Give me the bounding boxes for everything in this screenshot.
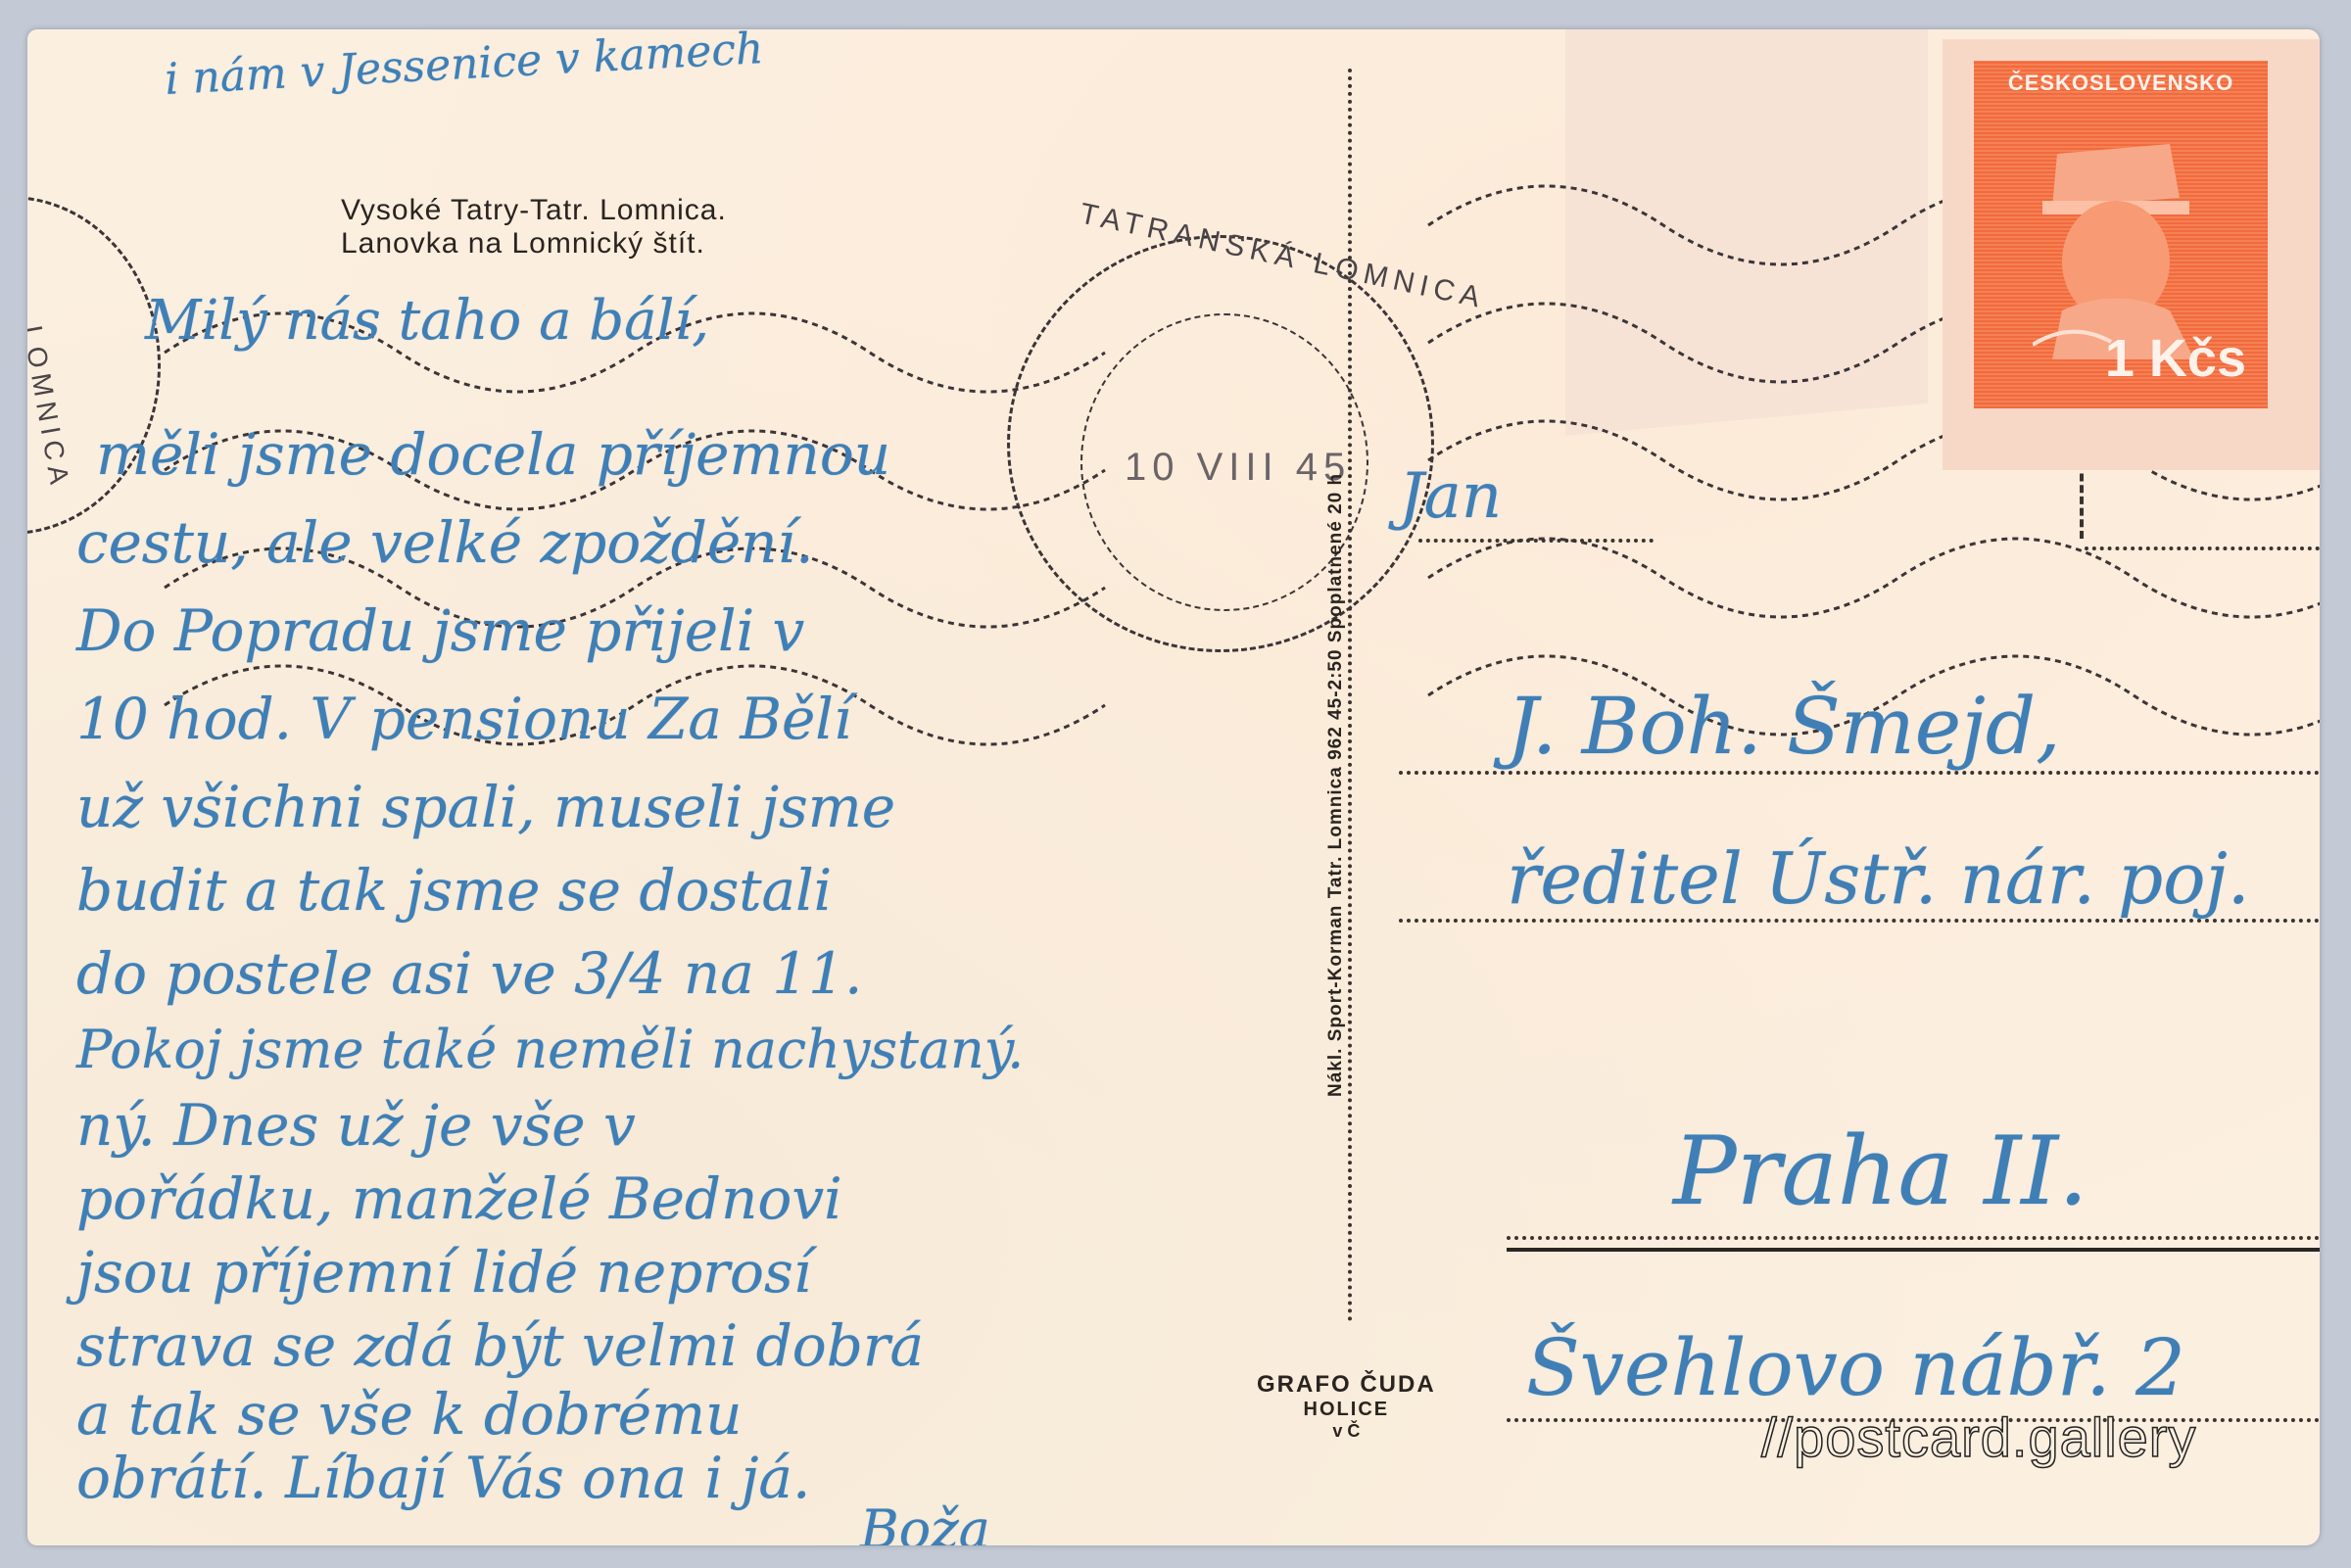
message-line-8: do postele asi ve 3/4 na 11. <box>76 940 862 1007</box>
message-line-5: 10 hod. V pensionu Za Bělí <box>76 686 851 752</box>
site-watermark: //postcard.gallery <box>1761 1405 2196 1469</box>
message-line-4: Do Popradu jsme přijeli v <box>76 597 804 664</box>
address-line2-text: ředitel Ústř. nár. poj. <box>1507 837 2250 920</box>
message-line-7: budit a tak jsme se dostali <box>76 857 832 924</box>
address-line3-text: Praha II. <box>1673 1117 2088 1226</box>
message-line-2: měli jsme docela příjemnou <box>96 421 890 488</box>
stamp-box-bottom <box>2085 546 2320 550</box>
message-line-10: ný. Dnes už je vše v <box>76 1092 636 1159</box>
message-signature: Boža <box>860 1498 990 1545</box>
message-line-9: Pokoj jsme také neměli nachystaný. <box>76 1019 1024 1080</box>
stamp-country: ČESKOSLOVENSKO <box>1974 71 2268 96</box>
printer-city: HOLICE <box>1257 1399 1436 1421</box>
message-line-3: cestu, ale velké zpoždění. <box>76 509 814 576</box>
printer-suffix: v Č <box>1257 1421 1436 1442</box>
publisher-imprint: Nákl. Sport-Korman Tatr. Lomnica 962 45-… <box>1325 473 1347 1097</box>
message-line-15: obrátí. Líbají Vás ona i já. <box>76 1445 810 1511</box>
address-underline <box>1507 1248 2320 1252</box>
message-line-11: pořádku, manželé Bednovi <box>76 1165 842 1232</box>
address-line1-text: J. Boh. Šmejd, <box>1507 681 2061 772</box>
caption-line-1: Vysoké Tatry-Tatr. Lomnica. <box>341 194 727 227</box>
center-divider <box>1348 69 1352 1322</box>
portrait-icon <box>2033 115 2199 359</box>
stamp-face: ČESKOSLOVENSKO 1 Kčs <box>1974 61 2268 408</box>
postcard-back: LOMNICA TATRANSKÁ LOMNICA 10 VIII 45 Vys… <box>27 29 2320 1545</box>
message-line-6: už všichni spali, museli jsme <box>76 774 895 840</box>
message-line-13: strava se zdá být velmi dobrá <box>76 1312 924 1379</box>
printer-name: GRAFO ČUDA <box>1257 1371 1436 1399</box>
address-line-3 <box>1507 1236 2320 1240</box>
message-line-14: a tak se vše k dobrému <box>76 1381 742 1448</box>
postage-stamp: ČESKOSLOVENSKO 1 Kčs <box>1943 39 2320 470</box>
printer-mark: GRAFO ČUDA HOLICE v Č <box>1257 1371 1436 1442</box>
stamp-value: 1 Kčs <box>2105 328 2246 389</box>
message-line-12: jsou příjemní lidé neprosí <box>76 1239 811 1306</box>
message-line-1: Milý nás taho a bálí, <box>145 289 709 353</box>
address-line4-text: Švehlovo nábř. 2 <box>1526 1322 2185 1413</box>
address-line-0 <box>1418 539 1654 543</box>
printed-caption: Vysoké Tatry-Tatr. Lomnica. Lanovka na L… <box>341 194 727 261</box>
caption-line-2: Lanovka na Lomnický štít. <box>341 227 727 261</box>
address-sender-fragment: Jan <box>1399 460 1502 533</box>
